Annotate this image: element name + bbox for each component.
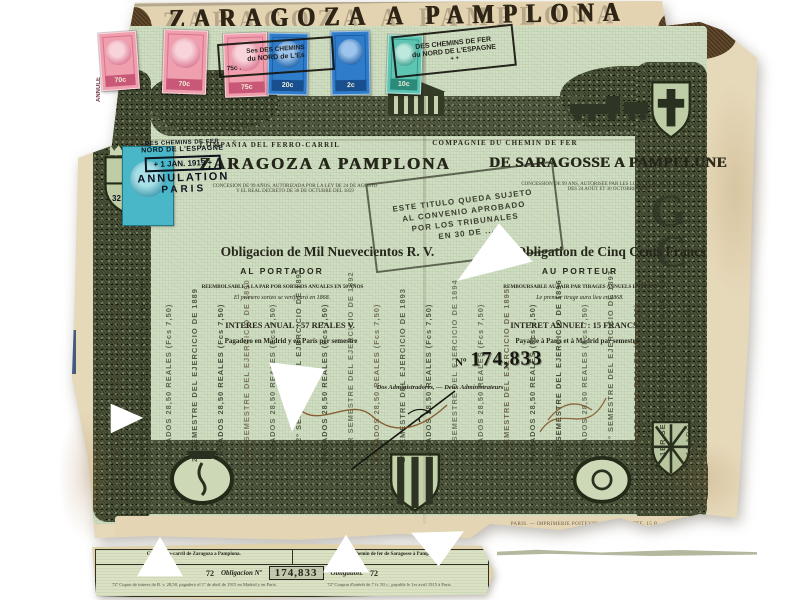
bond-certificate-photo: ZARAGOZA A PAMPLONA (0, 0, 800, 600)
pen-strokes (0, 0, 800, 600)
